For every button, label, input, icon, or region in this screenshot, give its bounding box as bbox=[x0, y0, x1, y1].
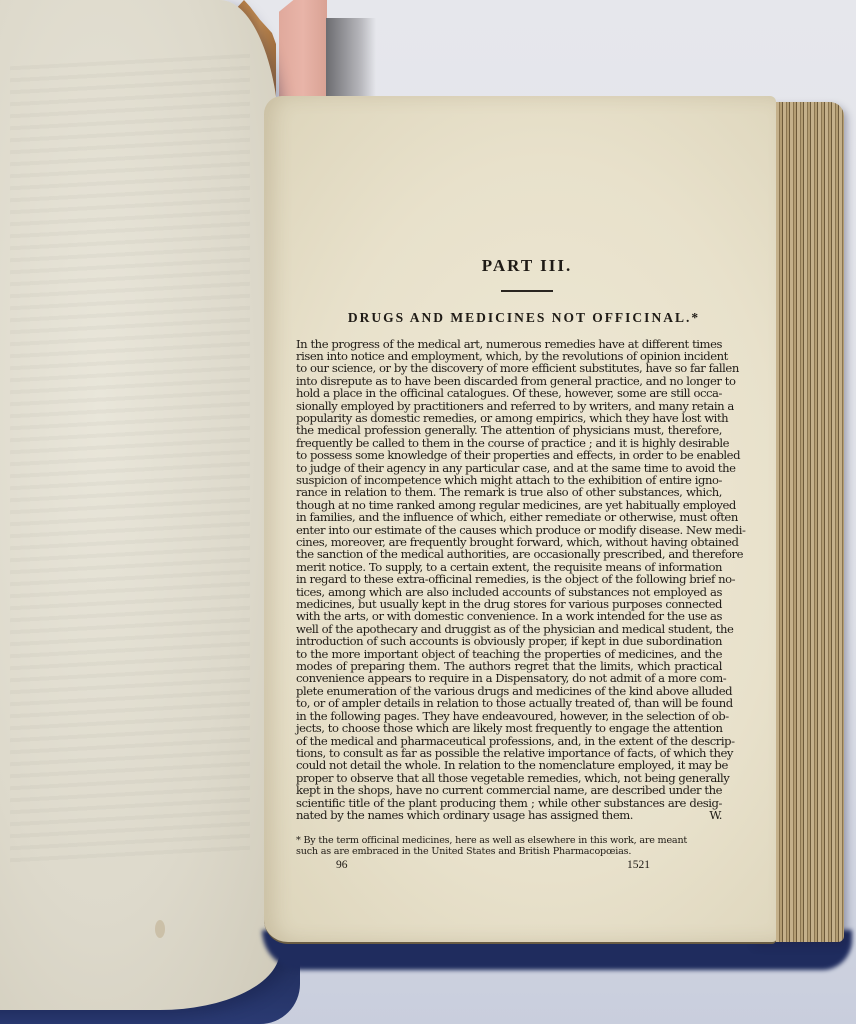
body-line: in families, and the influence of which,… bbox=[296, 511, 722, 523]
footnote-line: * By the term officinal medicines, here … bbox=[296, 835, 722, 846]
body-line: introduction of such accounts is obvious… bbox=[296, 635, 722, 647]
body-line: jects, to choose those which are likely … bbox=[296, 722, 722, 734]
body-line: in regard to these extra-officinal remed… bbox=[296, 573, 722, 585]
section-title: DRUGS AND MEDICINES NOT OFFICINAL.* bbox=[296, 310, 722, 326]
body-line: rance in relation to them. The remark is… bbox=[296, 486, 722, 498]
bookmark-shadow bbox=[326, 18, 376, 100]
body-line: the sanction of the medical authorities,… bbox=[296, 548, 722, 560]
title-rule bbox=[501, 290, 553, 292]
page-content: PART III. DRUGS AND MEDICINES NOT OFFICI… bbox=[296, 256, 722, 871]
body-line: nated by the names which ordinary usage … bbox=[296, 808, 633, 822]
page-number: 1521 bbox=[627, 859, 650, 871]
book-photo: PART III. DRUGS AND MEDICINES NOT OFFICI… bbox=[0, 0, 856, 1024]
right-page: PART III. DRUGS AND MEDICINES NOT OFFICI… bbox=[264, 96, 776, 944]
body-line: kept in the shops, have no current comme… bbox=[296, 784, 722, 796]
show-through-text bbox=[10, 54, 250, 867]
footnote-line: such as are embraced in the United State… bbox=[296, 846, 722, 857]
part-title: PART III. bbox=[296, 256, 722, 276]
body-line: to our science, or by the discovery of m… bbox=[296, 362, 722, 374]
signature-mark: 96 bbox=[336, 859, 348, 871]
body-line: to possess some knowledge of their prope… bbox=[296, 449, 722, 461]
body-line: could not detail the whole. In relation … bbox=[296, 759, 722, 771]
body-line: hold a place in the officinal catalogues… bbox=[296, 387, 722, 399]
body-line: convenience appears to require in a Disp… bbox=[296, 672, 722, 684]
page-stain bbox=[155, 920, 165, 938]
footnote: * By the term officinal medicines, here … bbox=[296, 835, 722, 857]
body-line: to, or of ampler details in relation to … bbox=[296, 697, 722, 709]
author-signature: W. bbox=[709, 809, 722, 821]
page-footer: 96 1521 bbox=[296, 859, 722, 871]
body-line: with the arts, or with domestic convenie… bbox=[296, 610, 722, 622]
body-line-last: nated by the names which ordinary usage … bbox=[296, 809, 722, 821]
body-paragraph: In the progress of the medical art, nume… bbox=[296, 338, 722, 822]
left-page bbox=[0, 0, 280, 1010]
body-line: the medical profession generally. The at… bbox=[296, 424, 722, 436]
